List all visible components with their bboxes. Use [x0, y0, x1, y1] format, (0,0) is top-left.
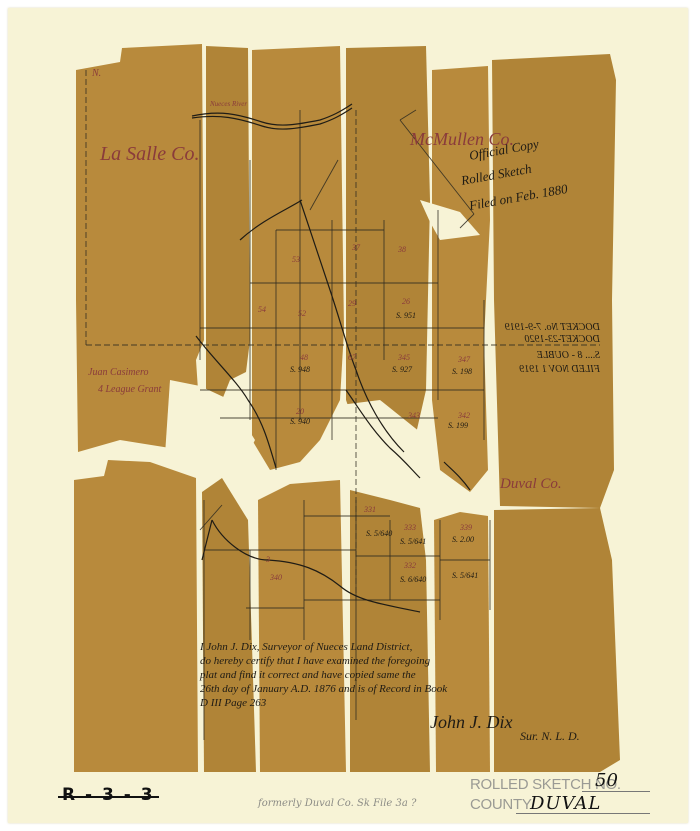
paper-strip-2-lower: [202, 478, 256, 772]
svg-text:48: 48: [300, 353, 308, 362]
svg-text:S. 927: S. 927: [392, 365, 413, 374]
signature-title: Sur. N. L. D.: [520, 729, 580, 743]
tear-upper-left: [165, 380, 255, 470]
svg-text:333: 333: [403, 523, 416, 532]
svg-text:FILED NOV 1 1919: FILED NOV 1 1919: [519, 364, 601, 375]
svg-text:D III Page 263: D III Page 263: [199, 697, 267, 709]
svg-text:20: 20: [296, 407, 304, 416]
svg-text:26: 26: [402, 297, 410, 306]
svg-text:do hereby certify that I have: do hereby certify that I have examined t…: [200, 655, 431, 667]
svg-text:S. 5/640: S. 5/640: [366, 529, 392, 538]
north-label: N.: [91, 68, 101, 79]
county-underline: [516, 813, 650, 814]
svg-text:347: 347: [457, 355, 471, 364]
svg-text:67: 67: [348, 353, 357, 362]
svg-text:I John J. Dix, Surveyor of Nue: I John J. Dix, Surveyor of Nueces Land D…: [199, 641, 413, 653]
svg-text:S.... 8 - OUBLE: S.... 8 - OUBLE: [537, 350, 600, 361]
svg-text:S. 199: S. 199: [448, 421, 468, 430]
svg-text:DOCKET-23-1920: DOCKET-23-1920: [525, 334, 601, 345]
county-label-la-salle: La Salle Co.: [99, 143, 199, 165]
grant-label-1: Juan Casimero: [88, 367, 148, 378]
svg-text:345: 345: [397, 353, 410, 362]
county-label-duval: Duval Co.: [499, 476, 562, 492]
sketch-number: 50: [595, 770, 618, 791]
svg-text:plat and find it correct and h: plat and find it correct and have copied…: [199, 669, 416, 681]
svg-text:53: 53: [292, 255, 300, 264]
svg-text:38: 38: [397, 245, 406, 254]
svg-text:26th day of January A.D. 1876: 26th day of January A.D. 1876 and is of …: [200, 683, 448, 695]
svg-text:S. 6/640: S. 6/640: [400, 575, 426, 584]
stamp-county-label: COUNTY: [470, 796, 532, 813]
svg-text:342: 342: [457, 411, 470, 420]
pencil-note: formerly Duval Co. Sk File 3a ?: [258, 798, 416, 809]
svg-text:3: 3: [265, 555, 270, 564]
paper-strip-6-upper: [492, 54, 616, 508]
signature: John J. Dix: [430, 712, 512, 732]
svg-text:29: 29: [348, 299, 356, 308]
svg-text:DOCKET No. 7-9-1919: DOCKET No. 7-9-1919: [505, 322, 601, 333]
svg-text:S. 951: S. 951: [396, 311, 416, 320]
svg-text:37: 37: [351, 243, 361, 252]
sketch-number-underline: [582, 791, 650, 792]
svg-text:340: 340: [269, 573, 282, 582]
svg-text:331: 331: [363, 505, 376, 514]
record-mark: R - 3 - 3: [62, 785, 155, 805]
svg-text:S. 940: S. 940: [290, 417, 310, 426]
county-value: DUVAL: [530, 793, 601, 814]
paper-strip-3-lower: [258, 480, 346, 772]
strikethrough: [58, 796, 159, 798]
survey-map: N. La Salle Co. McMullen Co. Duval Co. N…: [0, 0, 700, 831]
svg-text:52: 52: [298, 309, 306, 318]
svg-text:343: 343: [407, 411, 420, 420]
svg-text:54: 54: [258, 305, 266, 314]
svg-text:S. 5/641: S. 5/641: [400, 537, 426, 546]
svg-text:S. 5/641: S. 5/641: [452, 571, 478, 580]
svg-text:339: 339: [459, 523, 472, 532]
svg-text:S. 198: S. 198: [452, 367, 472, 376]
svg-text:S. 2.00: S. 2.00: [452, 535, 474, 544]
river-label: Nueces River: [209, 100, 247, 108]
svg-text:S. 948: S. 948: [290, 365, 310, 374]
svg-text:332: 332: [403, 561, 416, 570]
paper-strip-5-lower: [434, 512, 490, 772]
paper-strip-1-lower: [74, 460, 198, 772]
grant-label-2: 4 League Grant: [98, 384, 162, 395]
